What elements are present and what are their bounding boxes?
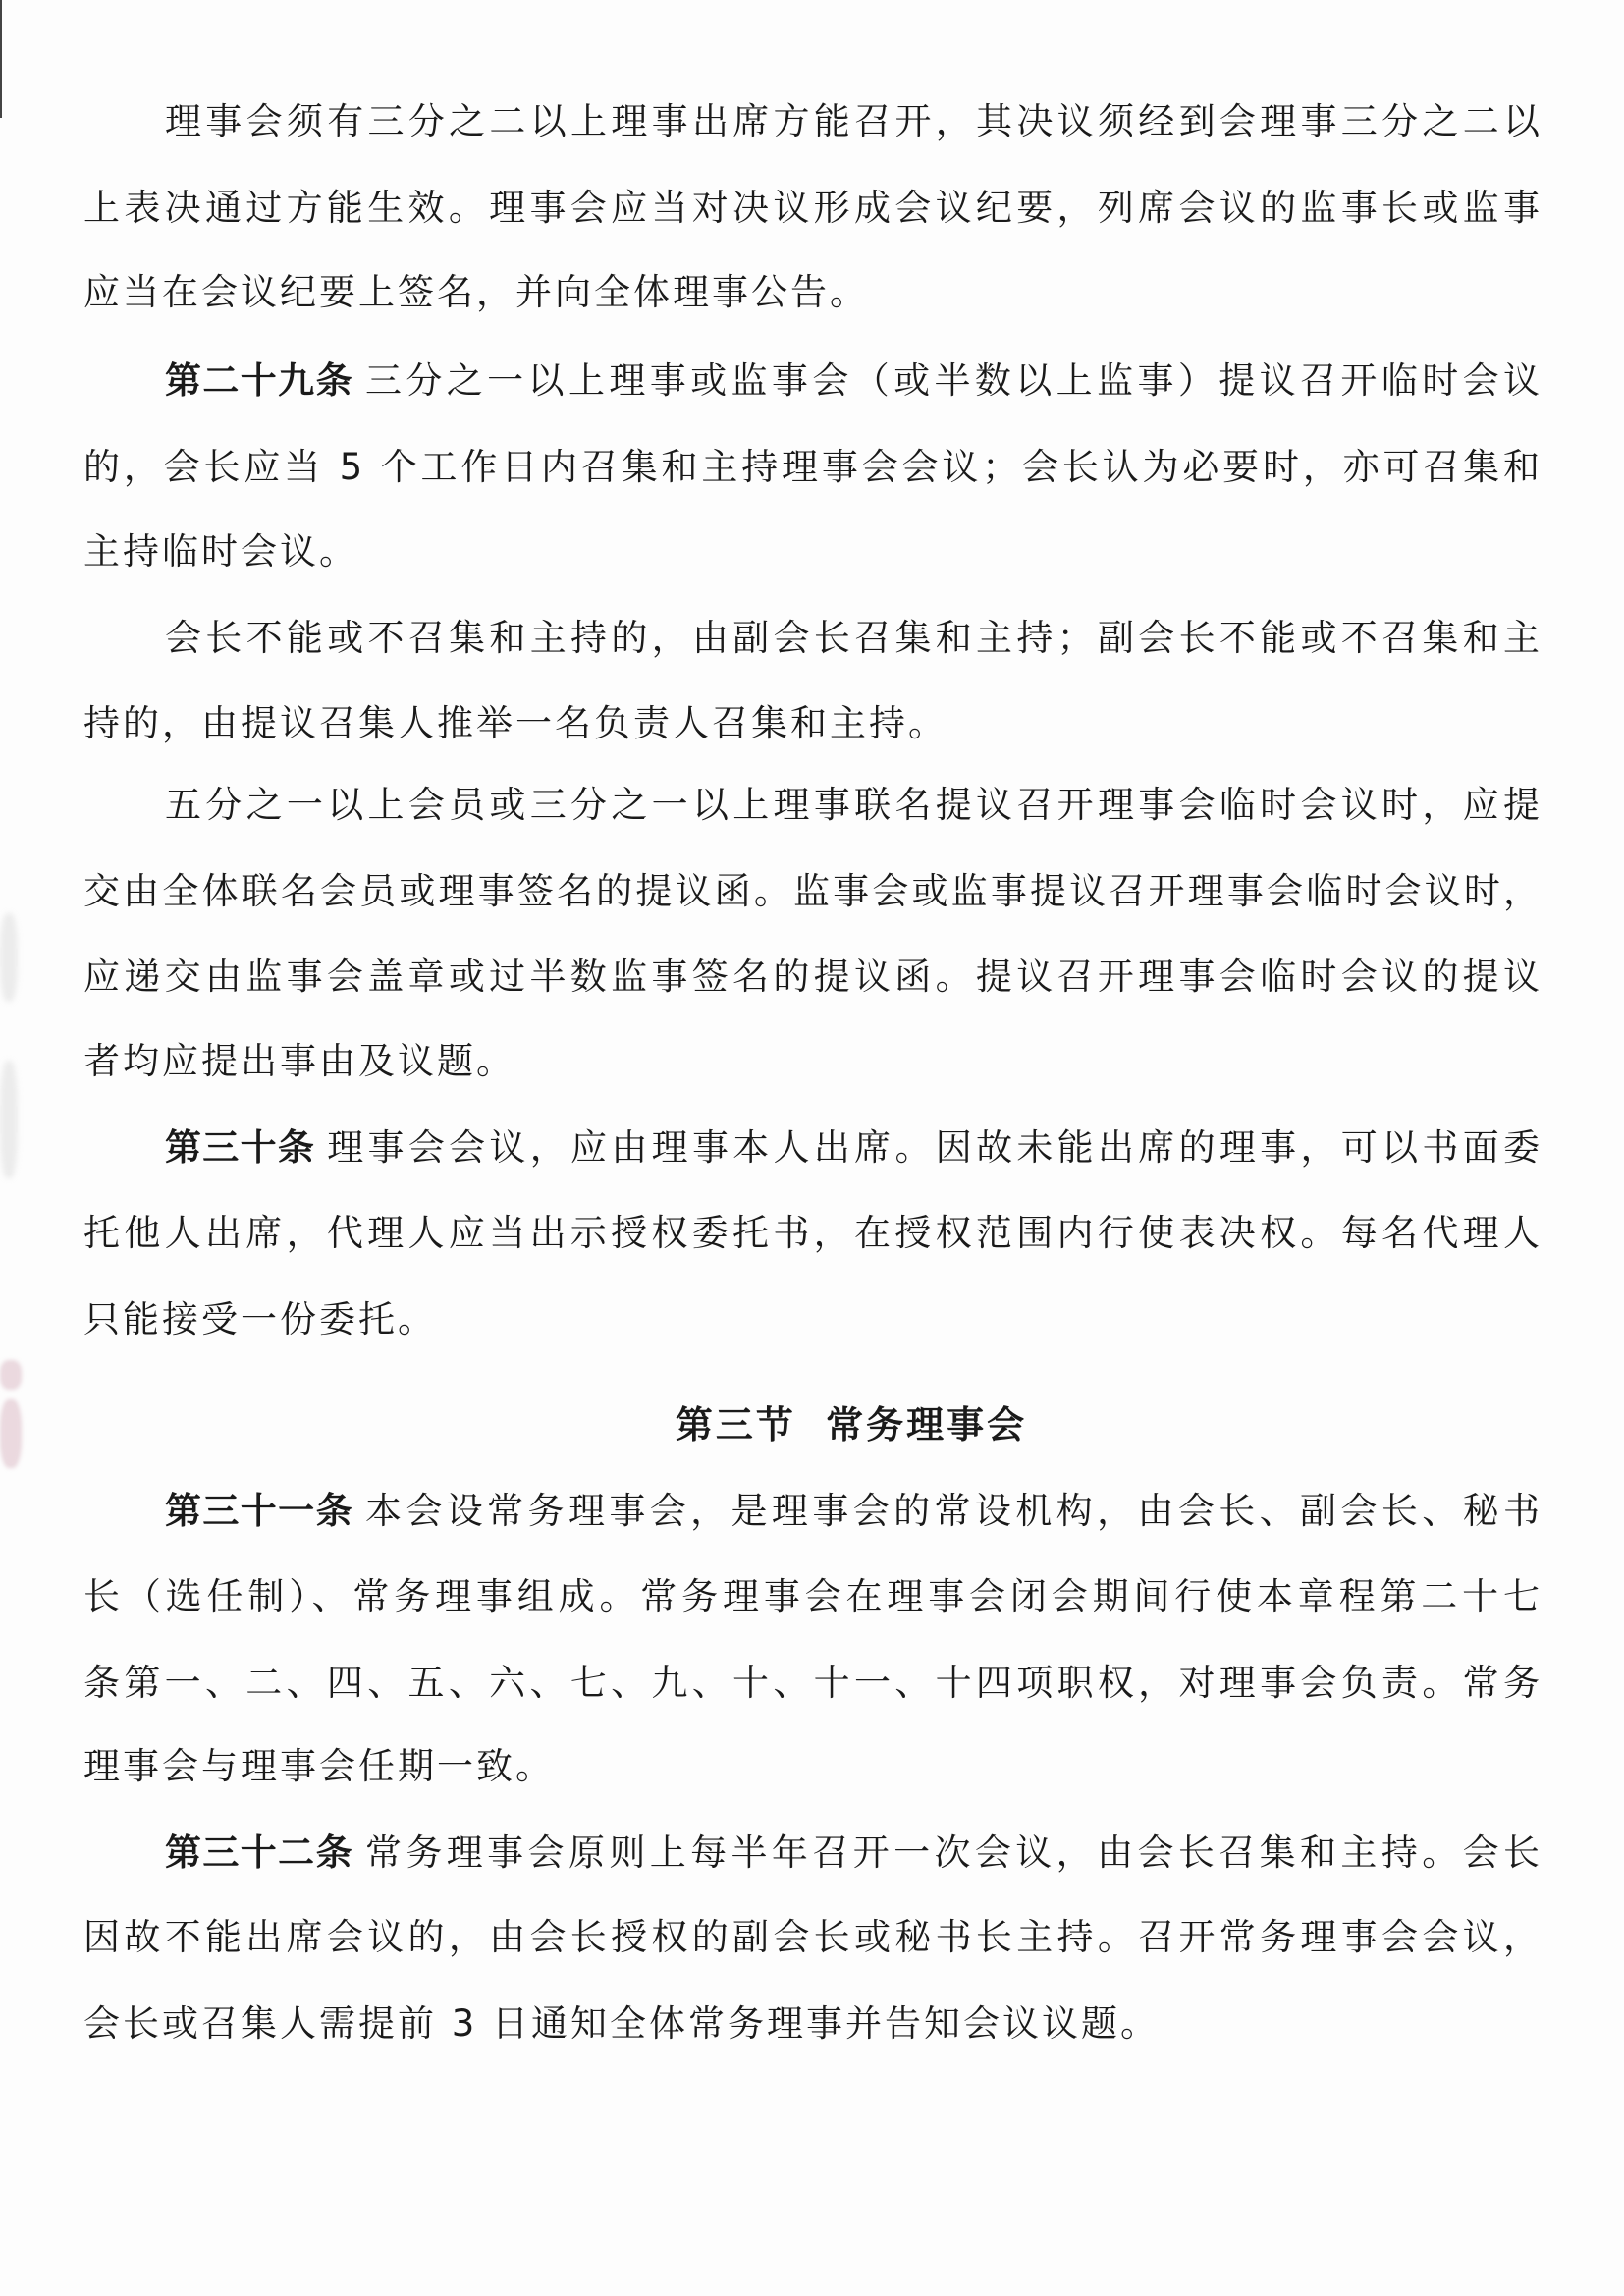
- paragraph-line: 者均应提出事由及议题。: [83, 1038, 1543, 1085]
- section-heading: 第三节 常务理事会: [0, 1401, 1624, 1449]
- paragraph-line: 理事会须有三分之二以上理事出席方能召开，其决议须经到会理事三分之二以: [83, 98, 1543, 145]
- paragraph-line: 会长不能或不召集和主持的，由副会长召集和主持；副会长不能或不召集和主: [83, 615, 1543, 662]
- paragraph-line: 五分之一以上会员或三分之一以上理事联名提议召开理事会临时会议时，应提: [83, 782, 1543, 829]
- paragraph-line: 托他人出席，代理人应当出示授权委托书，在授权范围内行使表决权。每名代理人: [83, 1210, 1543, 1257]
- section-number: 第三节: [597, 1403, 796, 1447]
- article-number: 第二十九条: [165, 359, 353, 402]
- section-title: 常务理事会: [812, 1403, 1027, 1447]
- article-number: 第三十一条: [165, 1490, 353, 1532]
- paragraph-line: 应递交由监事会盖章或过半数监事签名的提议函。提议召开理事会临时会议的提议: [83, 954, 1543, 1001]
- paragraph-line: 长（选任制）、常务理事组成。常务理事会在理事会闭会期间行使本章程第二十七: [83, 1573, 1543, 1620]
- article-number: 第三十条: [165, 1126, 315, 1169]
- paragraph-line: 理事会与理事会任期一致。: [83, 1743, 1543, 1790]
- article-number: 第三十二条: [165, 1831, 353, 1874]
- paragraph-line: 上表决通过方能生效。理事会应当对决议形成会议纪要，列席会议的监事长或监事: [83, 185, 1543, 232]
- scan-artifact: [0, 913, 18, 1002]
- article-30-line: 第三十条理事会会议，应由理事本人出席。因故未能出席的理事，可以书面委: [83, 1124, 1543, 1172]
- paragraph-line: 只能接受一份委托。: [83, 1296, 1543, 1343]
- paragraph-line: 持的，由提议召集人推举一名负责人召集和主持。: [83, 700, 1543, 747]
- paragraph-line: 的，会长应当 5 个工作日内召集和主持理事会会议；会长认为必要时，亦可召集和: [83, 444, 1543, 491]
- paragraph-line: 因故不能出席会议的，由会长授权的副会长或秘书长主持。召开常务理事会会议，: [83, 1914, 1543, 1961]
- paragraph-line: 应当在会议纪要上签名，并向全体理事公告。: [83, 269, 1543, 316]
- scan-edge-line: [0, 0, 2, 118]
- document-page: 理事会须有三分之二以上理事出席方能召开，其决议须经到会理事三分之二以 上表决通过…: [0, 0, 1624, 2296]
- article-31-line: 第三十一条本会设常务理事会，是理事会的常设机构，由会长、副会长、秘书: [83, 1488, 1543, 1535]
- seal-bleed-artifact: [0, 1360, 22, 1390]
- scan-artifact: [0, 1061, 18, 1178]
- article-29-line: 第二十九条三分之一以上理事或监事会（或半数以上监事）提议召开临时会议: [83, 357, 1543, 405]
- article-32-line: 第三十二条常务理事会原则上每半年召开一次会议，由会长召集和主持。会长: [83, 1830, 1543, 1877]
- paragraph-line: 交由全体联名会员或理事签名的提议函。监事会或监事提议召开理事会临时会议时，: [83, 868, 1543, 915]
- paragraph-line: 条第一、二、四、五、六、七、九、十、十一、十四项职权，对理事会负责。常务: [83, 1660, 1543, 1707]
- paragraph-line: 主持临时会议。: [83, 528, 1543, 575]
- paragraph-line: 会长或召集人需提前 3 日通知全体常务理事并告知会议议题。: [83, 2000, 1543, 2048]
